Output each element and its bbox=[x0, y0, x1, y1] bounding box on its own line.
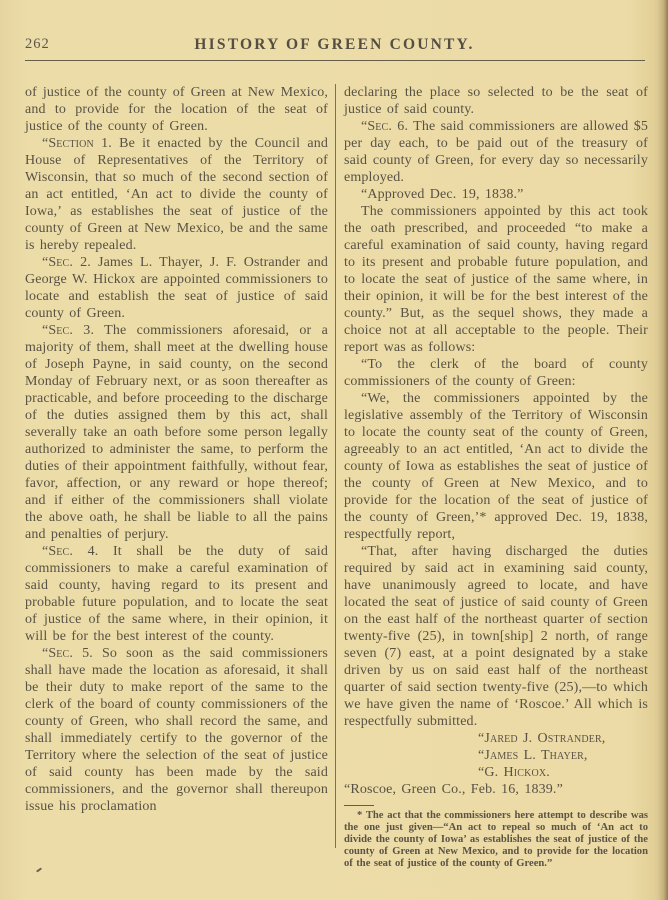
text-columns: of justice of the county of Green at New… bbox=[25, 84, 648, 870]
signature: “Jared J. Ostrander, bbox=[478, 730, 648, 747]
paragraph-text: “We, the commissioners appointed by the … bbox=[344, 391, 648, 542]
section-label: “Sec. 5. bbox=[42, 646, 93, 661]
paragraph-text: The commissioners appointed by this act … bbox=[344, 204, 648, 355]
paragraph-text: “To the clerk of the board of county com… bbox=[344, 357, 648, 389]
signature: “James L. Thayer, bbox=[478, 747, 648, 764]
paragraph-text: So soon as the said commissioners shall … bbox=[25, 646, 328, 814]
paragraph: “Sec. 3. The commissioners aforesaid, or… bbox=[25, 322, 328, 543]
paragraph: “That, after having discharged the dutie… bbox=[344, 543, 648, 730]
paragraph: “Approved Dec. 19, 1838.” bbox=[344, 186, 648, 203]
paragraph: The commissioners appointed by this act … bbox=[344, 203, 648, 356]
paragraph: “Sec. 4. It shall be the duty of said co… bbox=[25, 543, 328, 645]
paragraph: “To the clerk of the board of county com… bbox=[344, 356, 648, 390]
section-label: “Sec. 4. bbox=[42, 544, 98, 559]
section-label: “Sec. 6. bbox=[361, 119, 408, 134]
section-label: “Section 1. bbox=[42, 136, 112, 151]
paragraph-text: “That, after having discharged the dutie… bbox=[344, 544, 648, 729]
paragraph-text: It shall be the duty of said commissione… bbox=[25, 544, 328, 644]
right-column: declaring the place so selected to be th… bbox=[344, 84, 648, 870]
left-column: of justice of the county of Green at New… bbox=[25, 84, 328, 815]
running-title: HISTORY OF GREEN COUNTY. bbox=[25, 36, 644, 54]
dateline: “Roscoe, Green Co., Feb. 16, 1839.” bbox=[344, 781, 648, 798]
paragraph: “Section 1. Be it enacted by the Council… bbox=[25, 135, 328, 254]
section-label: “Sec. 3. bbox=[42, 323, 94, 338]
header-rule bbox=[25, 60, 645, 61]
paragraph-text: of justice of the county of Green at New… bbox=[25, 85, 328, 134]
paragraph-text: declaring the place so selected to be th… bbox=[344, 85, 648, 117]
page-edge-shadow bbox=[658, 0, 668, 900]
paragraph-text: Be it enacted by the Council and House o… bbox=[25, 136, 328, 253]
paragraph: “Sec. 6. The said commissioners are allo… bbox=[344, 118, 648, 186]
signature-block: “Jared J. Ostrander, “James L. Thayer, “… bbox=[344, 730, 648, 781]
page-header: 262 HISTORY OF GREEN COUNTY. bbox=[25, 36, 644, 54]
paragraph: “Sec. 2. James L. Thayer, J. F. Ostrande… bbox=[25, 254, 328, 322]
signature: “G. Hickox. bbox=[478, 764, 648, 781]
footnote: * The act that the commissioners here at… bbox=[344, 810, 648, 870]
paragraph-text: The commissioners aforesaid, or a majori… bbox=[25, 323, 328, 542]
paragraph: declaring the place so selected to be th… bbox=[344, 84, 648, 118]
column-divider bbox=[335, 84, 336, 848]
paragraph: “Sec. 5. So soon as the said commissione… bbox=[25, 645, 328, 815]
section-label: “Sec. 2. bbox=[42, 255, 91, 270]
book-page: 262 HISTORY OF GREEN COUNTY. of justice … bbox=[0, 0, 668, 900]
paragraph: “We, the commissioners appointed by the … bbox=[344, 390, 648, 543]
page-number: 262 bbox=[25, 36, 50, 53]
footnote-separator bbox=[344, 805, 374, 806]
paragraph-text: “Approved Dec. 19, 1838.” bbox=[361, 187, 524, 202]
paragraph: of justice of the county of Green at New… bbox=[25, 84, 328, 135]
